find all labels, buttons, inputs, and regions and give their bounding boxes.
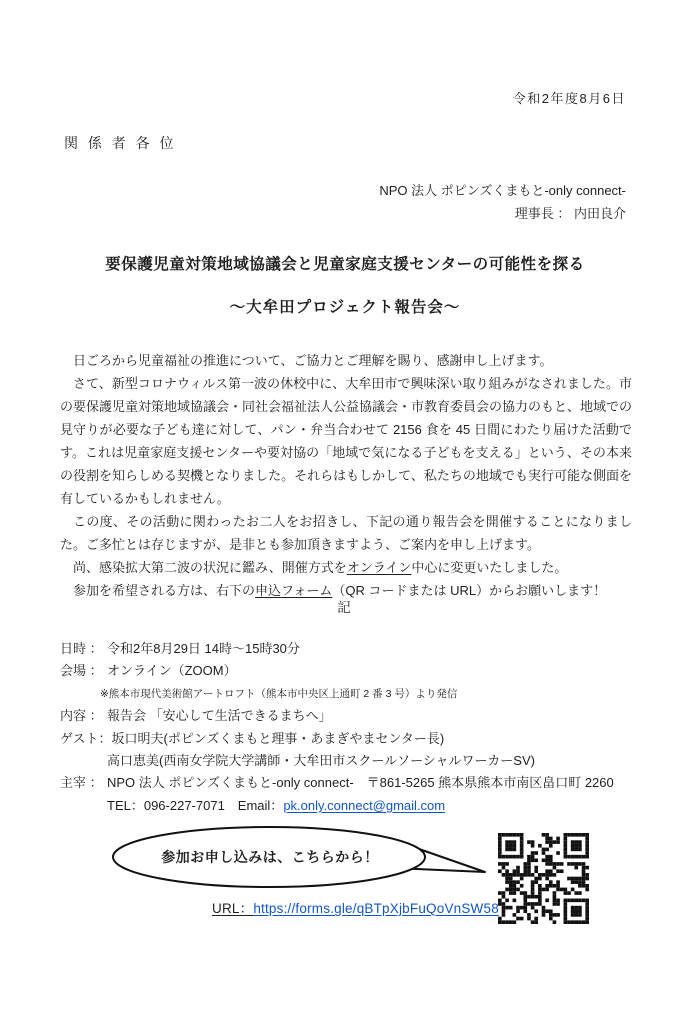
sender-organization: NPO 法人 ポピンズくまもと-only connect- [379, 179, 626, 202]
paragraph-online-notice: 尚、感染拡大第二波の状況に鑑み、開催方式をオンライン中心に変更いたしました。 [60, 556, 632, 579]
apply-url-line: URL：https://forms.gle/qBTpXjbFuQoVnSW58 [212, 897, 499, 917]
content-value: 報告会 「安心して生活できるまちへ」 [107, 705, 645, 727]
document-title: 要保護児童対策地域協議会と児童家庭支援センターの可能性を探る [0, 252, 690, 274]
email-link[interactable]: pk.only.connect@gmail.com [283, 798, 445, 813]
venue-value: オンライン（ZOOM） [107, 660, 645, 682]
venue-note: ※熊本市現代美術館アートロフト（熊本市中央区上通町 2 番 3 号）より発信 [60, 683, 645, 705]
detail-row-venue: 会場 ： オンライン（ZOOM） [60, 660, 645, 682]
document-subtitle: ～大牟田プロジェクト報告会～ [0, 295, 690, 317]
detail-row-datetime: 日時 ： 令和2年8月29日 14時～15時30分 [60, 638, 645, 660]
apply-form-url-link[interactable]: https://forms.gle/qBTpXjbFuQoVnSW58 [253, 901, 499, 916]
host-label: 主宰 ： [60, 772, 107, 794]
document-date: 令和2年度8月6日 [513, 88, 626, 107]
datetime-value: 令和2年8月29日 14時～15時30分 [107, 638, 645, 660]
datetime-label: 日時 ： [60, 638, 107, 660]
host-value: NPO 法人 ポピンズくまもと-only connect- 〒861-5265 … [107, 772, 645, 794]
callout-text: 参加お申し込みは、こちらから！ [136, 847, 404, 867]
qr-code-icon [498, 833, 589, 924]
paragraph-activity: さて、新型コロナウィルス第一波の休校中に、大牟田市で興味深い取り組みがなされまし… [60, 372, 632, 510]
paragraph-greeting: 日ごろから児童福祉の推進について、ご協力とご理解を賜り、感謝申し上げます。 [60, 349, 632, 372]
notice-online-emphasis: オンライン [347, 560, 412, 575]
guest-value-2: 高口恵美(西南女学院大学講師・大牟田市スクールソーシャルワーカーSV) [60, 750, 645, 772]
body-text: 日ごろから児童福祉の推進について、ご協力とご理解を賜り、感謝申し上げます。 さて… [60, 349, 632, 602]
detail-row-host: 主宰 ： NPO 法人 ポピンズくまもと-only connect- 〒861-… [60, 772, 645, 794]
url-label: URL： [212, 901, 253, 916]
callout-bubble: 参加お申し込みは、こちらから！ [106, 818, 501, 900]
guest-value-1: 坂口明夫(ポピンズくまもと理事・あまぎやまセンター長) [111, 728, 645, 750]
document-page: 令和2年度8月6日 関 係 者 各 位 NPO 法人 ポピンズくまもと-only… [0, 0, 690, 1024]
detail-row-guest: ゲスト： 坂口明夫(ポピンズくまもと理事・あまぎやまセンター長) [60, 728, 645, 750]
tel-email-prefix: TEL：096-227-7071 Email： [107, 798, 283, 813]
notice-suffix: 中心に変更いたしました。 [411, 560, 567, 575]
detail-row-content: 内容 ： 報告会 「安心して生活できるまちへ」 [60, 705, 645, 727]
addressee: 関 係 者 各 位 [64, 133, 177, 153]
content-label: 内容 ： [60, 705, 107, 727]
paragraph-invitation: この度、その活動に関わったお二人をお招きし、下記の通り報告会を開催することになり… [60, 510, 632, 556]
guest-label: ゲスト： [60, 728, 111, 750]
record-mark: 記 [0, 596, 690, 616]
sender-role: 理事長 ： 内田良介 [379, 202, 626, 225]
sender-block: NPO 法人 ポピンズくまもと-only connect- 理事長 ： 内田良介 [379, 179, 626, 225]
venue-label: 会場 ： [60, 660, 107, 682]
contact-line: TEL：096-227-7071 Email：pk.only.connect@g… [60, 795, 645, 817]
event-details: 日時 ： 令和2年8月29日 14時～15時30分 会場 ： オンライン（ZOO… [60, 638, 645, 817]
notice-prefix: 尚、感染拡大第二波の状況に鑑み、開催方式を [73, 560, 347, 575]
